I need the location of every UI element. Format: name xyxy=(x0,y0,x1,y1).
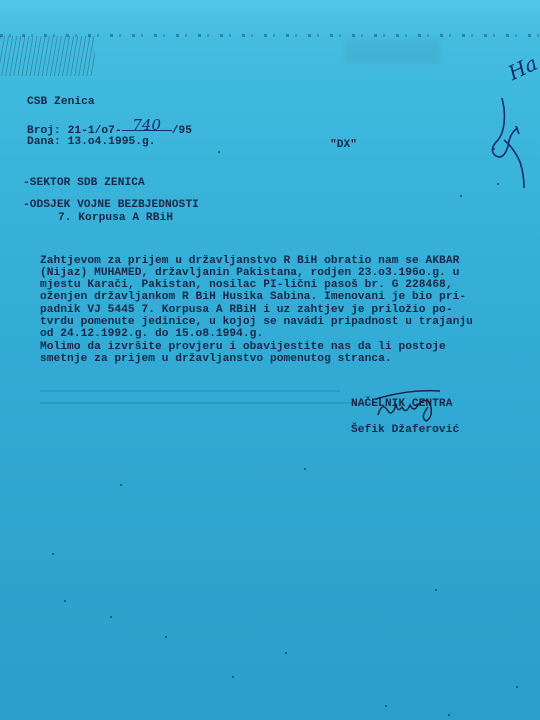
body-line: Molimo da izvršite provjeru i obavijesti… xyxy=(40,341,446,353)
speck xyxy=(493,148,495,150)
body-line: (Nijaz) MUHAMED, državljanin Pakistana, … xyxy=(40,267,459,279)
speck xyxy=(232,676,234,678)
body-line: oženjen državljankom R BiH Husika Sabina… xyxy=(40,291,466,303)
ink-smudge xyxy=(0,36,95,76)
reference-number: Broj: 21-1/o7-740/95 xyxy=(27,123,192,137)
speck xyxy=(448,714,450,716)
classification-mark: "DX" xyxy=(330,139,357,151)
document-date: Dana: 13.o4.1995.g. xyxy=(27,136,156,148)
recipient-line-3: 7. Korpusa A RBiH xyxy=(58,212,173,224)
number-suffix: /95 xyxy=(172,125,192,137)
speck xyxy=(385,705,387,707)
date-value: 13.o4.1995.g. xyxy=(68,136,156,148)
handwritten-signature xyxy=(368,387,448,427)
date-label: Dana: xyxy=(27,136,61,148)
speck xyxy=(285,652,287,654)
speck xyxy=(120,484,122,486)
body-line: tvrdu pomenute jedinice, u kojoj se navá… xyxy=(40,316,473,328)
paper-shadow xyxy=(345,40,440,64)
speck xyxy=(435,589,437,591)
recipient-line-1: -SEKTOR SDB ZENICA xyxy=(23,177,145,189)
body-line: Zahtjevom za prijem u državljanstvo R Bi… xyxy=(40,255,459,267)
body-line: padnik VJ 5445 7. Korpusa A RBiH i uz za… xyxy=(40,304,453,316)
speck xyxy=(110,616,112,618)
body-line: smetnje za prijem u državljanstvo pomenu… xyxy=(40,353,392,365)
handwritten-number: 740 xyxy=(122,120,172,131)
office-name: CSB Zenica xyxy=(27,96,95,108)
speck xyxy=(165,636,167,638)
speck xyxy=(64,600,66,602)
body-line: mjestu Karači, Pakistan, nosilac PI-ličn… xyxy=(40,279,453,291)
speck xyxy=(218,151,220,153)
body-line: od 24.12.1992.g. do 15.o8.1994.g. xyxy=(40,328,263,340)
recipient-line-2: -ODSJEK VOJNE BEZBJEDNOSTI xyxy=(23,199,199,211)
speck xyxy=(516,686,518,688)
speck xyxy=(497,183,499,185)
speck xyxy=(52,553,54,555)
margin-initials xyxy=(488,90,538,190)
speck xyxy=(304,468,306,470)
margin-note: Ha xyxy=(504,51,540,85)
page-top-edge xyxy=(0,0,540,36)
speck xyxy=(460,195,462,197)
